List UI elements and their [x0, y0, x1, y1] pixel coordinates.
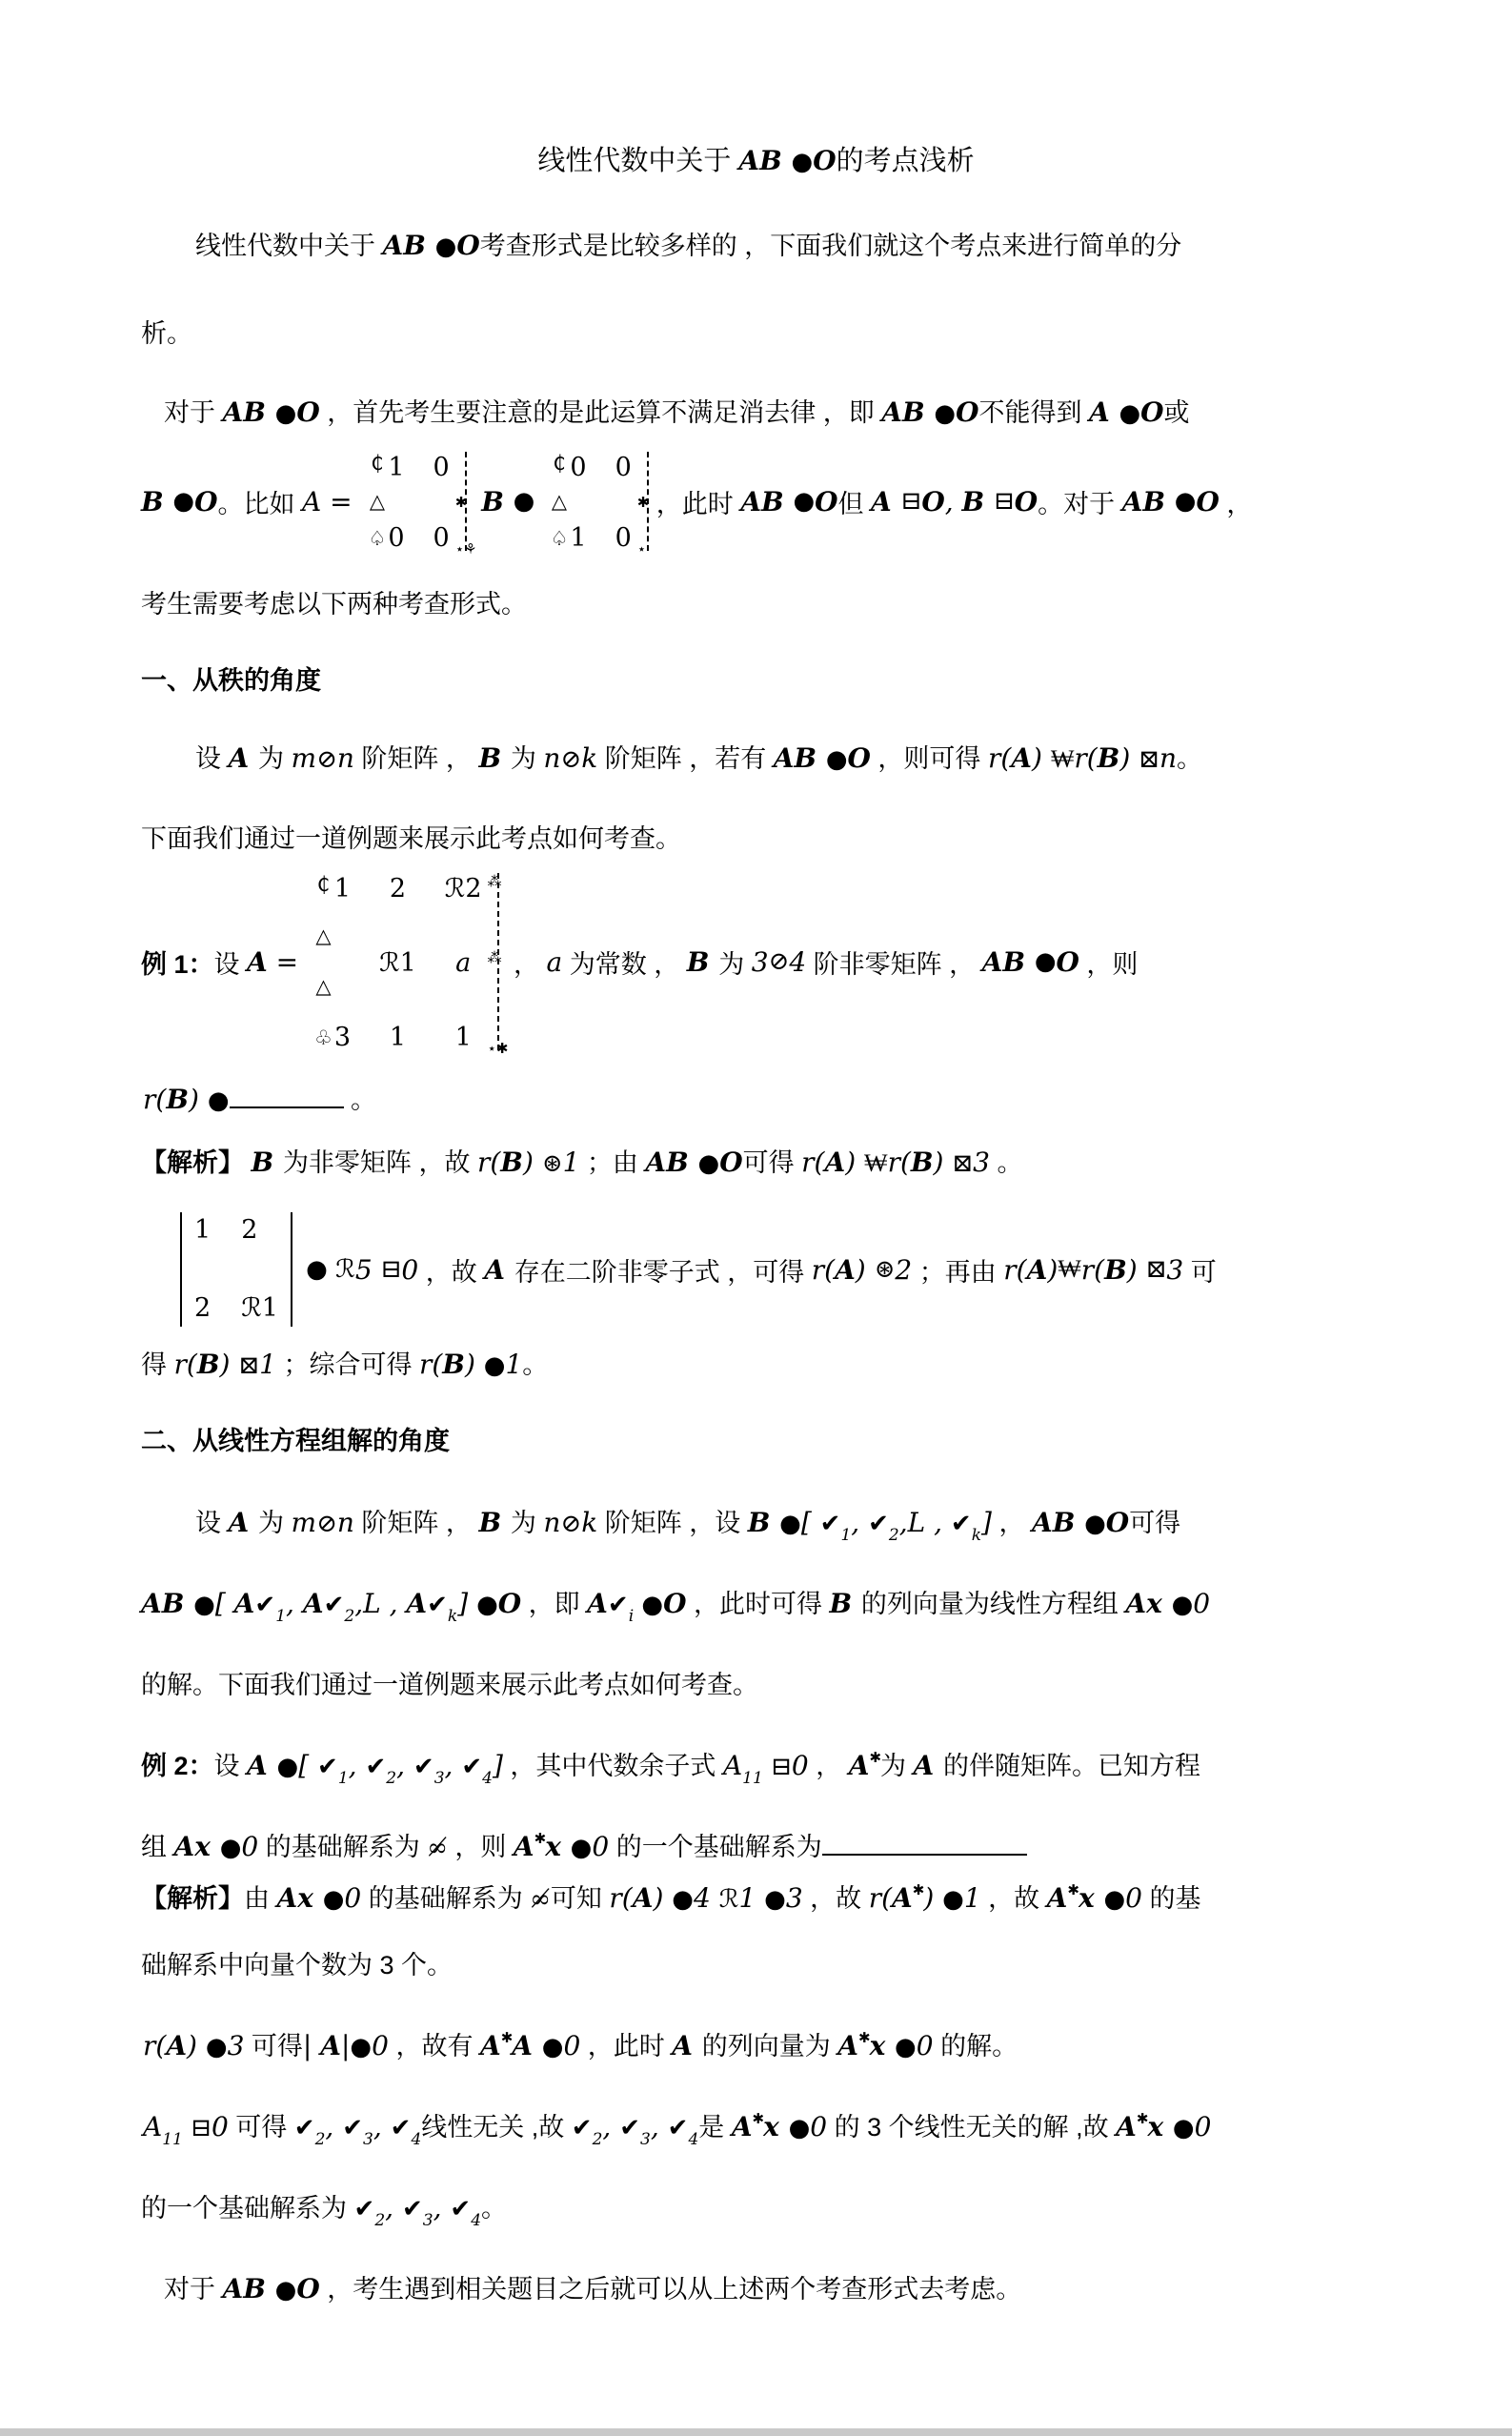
text-run: x [545, 1831, 570, 1862]
text-run: ℛ [335, 1255, 355, 1284]
text-run: O [296, 396, 319, 428]
text-run: ₩ [1051, 745, 1075, 774]
text-run: r( [143, 1084, 166, 1115]
text-run: ∞̸ [530, 1885, 551, 1914]
text-run: O [1140, 396, 1163, 428]
text-run: ✔ [461, 1753, 482, 1781]
text-run: 可得 [743, 1142, 802, 1179]
text-run: 为常数 ， [562, 944, 687, 981]
text-run: 二、从线性方程组解的角度 [141, 1420, 450, 1457]
text-run: Ax [174, 1831, 220, 1862]
text-run: ✔ [619, 2114, 640, 2142]
text-run: 为 [511, 1502, 544, 1539]
matrix-cell: 0 [570, 454, 586, 482]
text-run: ✱ [869, 1749, 880, 1766]
text-run: ✱ [1067, 1881, 1079, 1898]
text-run: A [1027, 1254, 1048, 1286]
example2-statement-1: 例 2：设 A ●[ ✔1, ✔2, ✔3, ✔4] ，其中代数余子式 A11 … [141, 1745, 1200, 1782]
text-run: A [234, 1588, 255, 1619]
bracket-junk-glyph: ⁂ [488, 951, 502, 965]
text-run: B [478, 742, 510, 774]
para-system-setup-1: 设 A 为 m⊘n 阶矩阵 ， B 为 n⊘k 阶矩阵 ，设 B ●[ ✔1, … [195, 1502, 1180, 1539]
text-run: O [1015, 486, 1038, 518]
para-intro-2: 析。 [141, 313, 192, 350]
text-run: B [1104, 1254, 1127, 1286]
text-run: 一、从秩的角度 [141, 660, 321, 697]
text-run: 0 [344, 1882, 361, 1914]
text-run: ) [856, 1254, 875, 1286]
text-run: ● [571, 1834, 593, 1862]
text-run: B [442, 1349, 465, 1380]
matrix-right-bracket-dashed: ✱⋆⚘ [454, 452, 467, 551]
text-run: A [303, 1588, 324, 1619]
text-run: , [851, 1507, 868, 1538]
text-run: 的 3 个线性无关的解 ,故 [827, 2106, 1116, 2143]
text-run: A [914, 1750, 943, 1781]
text-run: ，考生遇到相关题目之后就可以从上述两个考查形式去考虑。 [320, 2268, 1022, 2305]
text-run: r( [1074, 742, 1097, 774]
matrix-cell: 1 [194, 1216, 211, 1245]
text-run: i [629, 1607, 634, 1626]
bracket-fragment: △ [315, 926, 331, 946]
text-run: B [252, 1147, 283, 1178]
text-run: 0 [592, 1831, 609, 1862]
text-run: 的一个基础解系为 [609, 1826, 822, 1863]
text-run: ) [923, 1882, 942, 1914]
text-run: ] [457, 1588, 476, 1619]
text-run: AB [881, 396, 934, 428]
text-run: AB [738, 145, 791, 176]
text-run: 11 [162, 2130, 183, 2149]
text-run: 0 [917, 2030, 934, 2061]
text-run: ● [895, 2033, 917, 2061]
text-run: A [514, 1831, 534, 1862]
matrix-cell: 3 [334, 1024, 351, 1052]
text-run: | [303, 2030, 320, 2061]
matrix-cell: 2 [379, 875, 416, 903]
text-run: A [406, 1588, 427, 1619]
text-run: , [325, 2111, 342, 2142]
text-run: 4 [694, 1882, 719, 1914]
text-run: 考生需要考虑以下两种考查形式。 [141, 583, 527, 620]
text-run: , [433, 2192, 451, 2223]
bracket-fragment: △ [315, 977, 331, 997]
text-run: , [373, 2111, 391, 2142]
text-run: [ [801, 1507, 820, 1538]
text-run: A [247, 946, 268, 978]
text-run: 3 [434, 1769, 445, 1788]
text-run: 。比如 [218, 483, 303, 520]
matrix-left-bracket-fragments: ₵△△♧ [314, 873, 333, 1050]
matrix-cell: 1 [570, 524, 586, 553]
text-run: ，则 [448, 1826, 514, 1863]
text-run: 由 [244, 1878, 277, 1915]
text-run: O [194, 486, 217, 518]
matrix-cell: 0 [615, 524, 632, 553]
text-run: 1 [840, 1526, 851, 1545]
text-run: ] [493, 1750, 503, 1781]
text-run: 0 [810, 2111, 827, 2142]
text-run: 的列向量为线性方程组 [861, 1583, 1126, 1620]
text-run: 的基 [1142, 1878, 1201, 1915]
bracket-fragment: ₵ [317, 875, 330, 895]
text-run: ) [1127, 1254, 1146, 1286]
text-run: ● [779, 1510, 801, 1538]
text-run: ，故有 [389, 2025, 480, 2062]
text-run: A [1089, 396, 1119, 428]
bracket-junk-glyph: ⋆ [637, 542, 646, 557]
text-run: ● [298, 1255, 335, 1284]
para-conclusion: 对于 AB ●O ，考生遇到相关题目之后就可以从上述两个考查形式去考虑。 [164, 2268, 1021, 2305]
text-run: 例 2： [141, 1745, 214, 1782]
text-run: ● [220, 1834, 242, 1862]
matrix-cell: 1 [334, 875, 351, 903]
text-run: A [732, 2111, 753, 2142]
text-run: 4 [471, 2211, 481, 2230]
text-run: ● [698, 1149, 720, 1178]
text-run: ● [435, 233, 457, 261]
text-run: r( [812, 1254, 835, 1286]
text-run: ✱ [1137, 2110, 1148, 2127]
text-run: O [296, 2273, 319, 2304]
text-run: 例 1： [141, 944, 214, 981]
text-run: ✔ [668, 2114, 689, 2142]
text-run: 【解析】 [141, 1142, 252, 1179]
text-run: A [247, 1750, 276, 1781]
text-run: ● [193, 1591, 215, 1619]
text-run: AB [1032, 1507, 1084, 1538]
text-run: 的基础解系为 [361, 1878, 530, 1915]
text-run: ) [934, 1147, 953, 1178]
text-run: ⊘ [560, 745, 581, 774]
text-run: ● [208, 1086, 230, 1115]
garbled-matrix: ₵△△♧12ℛ2ℛ1a311⁂⁂⋆✱ [314, 873, 498, 1050]
heading-rank-angle: 一、从秩的角度 [141, 660, 321, 697]
text-run: ；综合可得 [276, 1344, 419, 1381]
text-run: O [848, 742, 871, 774]
matrix-cell: 1 [388, 454, 404, 482]
text-run: ⊟ [994, 487, 1015, 516]
text-run: ,L , [354, 1588, 406, 1619]
matrix-cells: 0010 [568, 452, 635, 555]
text-run: r( [477, 1147, 500, 1178]
text-run: 0 [401, 1254, 418, 1286]
text-run: ，故 [418, 1251, 484, 1289]
text-run: ✔ [951, 1510, 972, 1538]
text-run: ，此时 [580, 2025, 672, 2062]
text-run: A [320, 2030, 341, 2061]
text-run: ) [845, 1147, 864, 1178]
text-run: 设 [195, 738, 229, 775]
text-run: ● [1172, 1591, 1194, 1619]
garbled-matrix: ₵△♤0010✱⋆ [551, 452, 649, 551]
text-run: 的列向量为 [702, 2025, 838, 2062]
text-run: 阶矩阵 ，若有 [597, 738, 774, 775]
text-run: 1 [563, 1147, 580, 1178]
text-run: ，则可得 [871, 738, 988, 775]
text-run: ) [653, 1882, 672, 1914]
bracket-fragment: ₵ [371, 454, 383, 474]
matrix-cell: 1 [379, 1024, 416, 1052]
text-run: r( [888, 1147, 911, 1178]
text-run: ✔ [254, 1591, 275, 1619]
text-run: r( [869, 1882, 892, 1914]
title: 线性代数中关于 AB ●O的考点浅析 [0, 139, 1512, 178]
text-run: 为 [258, 738, 292, 775]
text-run: 的一个基础解系为 [141, 2187, 354, 2224]
text-run: O [498, 1588, 521, 1619]
text-run: O [815, 486, 837, 518]
bracket-fragment: ♤ [551, 529, 569, 549]
text-run: 2 [374, 2211, 385, 2230]
matrix-cell: ℛ1 [379, 949, 416, 978]
matrix-right-bracket-dashed: ✱⋆ [635, 452, 649, 551]
line-example-matrices: B ●O。比如 A = ₵△♤1000✱⋆⚘ B ● ₵△♤0010✱⋆，此时 … [141, 452, 1252, 551]
text-run: 3 [640, 2130, 651, 2149]
text-run: 2 [593, 2130, 603, 2149]
text-run: 础解系中向量个数为 3 个。 [141, 1944, 453, 1981]
text-run: ⊠ [238, 1351, 259, 1380]
text-run: n [543, 742, 560, 774]
text-run: ● [350, 2033, 372, 2061]
text-run: ₩ [1058, 1255, 1081, 1284]
text-run: ● [206, 2033, 228, 2061]
matrix-cell: ℛ1 [241, 1294, 278, 1323]
text-run: O [719, 1147, 742, 1178]
text-run: 阶非零矩阵 ， [806, 944, 982, 981]
text-run: ● [942, 1885, 964, 1914]
text-run: r( [419, 1349, 442, 1380]
text-run: ， [1220, 483, 1253, 520]
text-run: A [1116, 2111, 1137, 2142]
text-run: ) [523, 1147, 542, 1178]
text-run: 0 [212, 2111, 229, 2142]
text-run: 4 [482, 1769, 493, 1788]
text-run: x [870, 2030, 895, 2061]
text-run: k [448, 1607, 457, 1626]
text-run: O [456, 230, 479, 261]
text-run: , [445, 1750, 462, 1781]
text-run: 0 [1125, 1882, 1142, 1914]
text-run: ● [934, 399, 956, 428]
text-run: k [972, 1526, 981, 1545]
text-run: ⊠ [952, 1149, 973, 1178]
text-run: ，故 [981, 1878, 1047, 1915]
text-run: x [1079, 1882, 1103, 1914]
text-run: 3 [363, 2130, 373, 2149]
text-run: 1 [964, 1882, 981, 1914]
text-run: ● [514, 487, 543, 516]
text-run: , [651, 2111, 668, 2142]
text-run: ， [992, 1502, 1032, 1539]
text-run: 2 [386, 1769, 396, 1788]
text-run: x [763, 2111, 788, 2142]
text-run: ● [793, 487, 815, 516]
matrix-cell [334, 949, 351, 978]
text-run: 是 [698, 2106, 732, 2143]
text-run: AB [645, 1147, 697, 1178]
text-run: AB [141, 1588, 193, 1619]
text-run: ● [1173, 2114, 1195, 2142]
text-run: 为 [880, 1745, 914, 1782]
text-run: 1 [738, 1882, 764, 1914]
bracket-junk-glyph: ⋆✱ [488, 1042, 509, 1056]
text-run: ，即 [521, 1583, 587, 1620]
text-run: , [396, 1750, 413, 1781]
example2-analysis-3: r(A) ●3 可得| A|●0 ，故有 A✱A ●0 ，此时 A 的列向量为 … [143, 2025, 1018, 2062]
text-run: ✱ [858, 2029, 870, 2046]
text-run: 。 [481, 2187, 507, 2224]
text-run: ✔ [391, 2114, 412, 2142]
matrix-cell: 1 [445, 1024, 482, 1052]
text-run: A [229, 742, 258, 774]
example2-analysis-1: 【解析】由 Ax ●0 的基础解系为 ∞̸可知 r(A) ●4 ℛ1 ●3 ，故… [141, 1878, 1200, 1915]
text-run: B [829, 1588, 860, 1619]
text-run: ✔ [868, 1510, 889, 1538]
bracket-fragment: △ [552, 492, 567, 512]
text-run: 为 [718, 944, 752, 981]
example2-analysis-2: 础解系中向量个数为 3 个。 [141, 1944, 453, 1981]
text-run: 2 [889, 1526, 899, 1545]
matrix-cell: 0 [388, 524, 404, 553]
text-run: 的解。下面我们通过一道例题来展示此考点如何考查。 [141, 1664, 758, 1701]
text-run: 可得 [244, 2025, 303, 2062]
text-run: 11 [742, 1769, 763, 1788]
text-run: ✔ [820, 1510, 841, 1538]
document-page: 线性代数中关于 AB ●O的考点浅析线性代数中关于 AB ●O考查形式是比较多样… [0, 0, 1512, 2436]
text-run: 考查形式是比较多样的 ，下面我们就这个考点来进行简单的分 [480, 225, 1182, 262]
text-run: A [587, 1588, 608, 1619]
text-run: AB [383, 230, 435, 261]
text-run: 3 [973, 1147, 990, 1178]
text-run: A [484, 1254, 514, 1286]
text-run: 0 [372, 2030, 389, 2061]
garbled-determinant: 122ℛ1 [180, 1212, 292, 1327]
text-run: n [337, 742, 354, 774]
text-run: ✔ [317, 1753, 338, 1781]
text-run: ● [277, 1753, 299, 1781]
text-run: 的伴随矩阵。已知方程 [943, 1745, 1200, 1782]
matrix-cell: 0 [615, 454, 632, 482]
text-run: 存在二阶非零子式 ，可得 [514, 1251, 812, 1289]
text-run: AB [1122, 486, 1175, 518]
text-run: ✔ [608, 1591, 629, 1619]
text-run: ) [1032, 742, 1051, 774]
text-run: 3 [228, 2030, 245, 2061]
para-rank-setup: 设 A 为 m⊘n 阶矩阵 ， B 为 n⊘k 阶矩阵 ，若有 AB ●O ，则… [195, 738, 1202, 775]
text-run: ✱ [913, 1881, 924, 1898]
para-example-intro-2: 的解。下面我们通过一道例题来展示此考点如何考查。 [141, 1664, 758, 1701]
text-run: 1 [338, 1769, 349, 1788]
text-run: B [1098, 742, 1120, 774]
matrix-cell: 2 [194, 1294, 211, 1323]
para-cancellation: 对于 AB ●O ，首先考生要注意的是此运算不满足消去律 ，即 AB ●O不能得… [164, 392, 1190, 429]
text-run: ✔ [294, 2114, 315, 2142]
example1-analysis-2: 得 r(B) ⊠1 ；综合可得 r(B) ●1。 [141, 1344, 548, 1381]
text-run: AB [774, 742, 826, 774]
text-run: ，其中代数余子式 [503, 1745, 723, 1782]
text-run: ⊟ [183, 2114, 212, 2142]
text-run: ● [476, 1591, 498, 1619]
text-run: B [962, 486, 994, 518]
text-run: ；再由 [912, 1251, 1003, 1289]
text-run: 阶矩阵 ，设 [597, 1502, 748, 1539]
text-run: B [500, 1147, 523, 1178]
text-run: 设 [214, 1745, 248, 1782]
text-run: ℛ [719, 1885, 739, 1914]
text-run: ⊛ [875, 1255, 896, 1284]
text-run: ● [323, 1885, 345, 1914]
text-run: 析。 [141, 313, 192, 350]
text-run: ] [981, 1507, 992, 1538]
para-system-setup-2: AB ●[ A✔1, A✔2,L , A✔k] ●O ，即 A✔i ●O ，此时… [141, 1583, 1210, 1620]
blank-underline [822, 1854, 1027, 1856]
text-run: ● [172, 487, 194, 516]
text-run: ✱ [501, 2029, 513, 2046]
example1-blank-line: r(B) ● 。 [143, 1079, 376, 1116]
text-run: ⊘ [316, 745, 337, 774]
text-run: ， [809, 1745, 849, 1782]
text-run: a [547, 946, 563, 978]
para-example-intro-1: 下面我们通过一道例题来展示此考点如何考查。 [141, 818, 681, 855]
text-run: = [268, 946, 307, 978]
text-run: A [1011, 742, 1032, 774]
text-run: 为 [511, 738, 544, 775]
text-run: ， [507, 944, 547, 981]
text-run: [ [215, 1588, 234, 1619]
text-run: A [835, 1254, 856, 1286]
text-run: r( [609, 1882, 632, 1914]
text-run: ● [1103, 1885, 1125, 1914]
text-run: O [956, 396, 978, 428]
text-run: 2 [315, 2130, 326, 2149]
text-run: ● [792, 148, 814, 176]
text-run: 为非零矩阵 ，故 [283, 1142, 477, 1179]
text-run: , [945, 486, 962, 518]
text-run: ● [672, 1885, 694, 1914]
text-run: 可 [1183, 1251, 1217, 1289]
bracket-fragment: ₵ [553, 454, 565, 474]
text-run: ● [634, 1591, 663, 1619]
text-run: ₩ [864, 1149, 888, 1178]
text-run: 0 [241, 1831, 258, 1862]
text-run: 组 [141, 1826, 174, 1863]
text-run: m [292, 742, 317, 774]
text-run: 设 [214, 944, 248, 981]
text-run: , [602, 2111, 619, 2142]
text-run: ✱ [753, 2110, 764, 2127]
bracket-fragment: ♤ [369, 529, 387, 549]
text-run: A [229, 1507, 258, 1538]
text-run: r( [143, 2030, 166, 2061]
text-run: 4 [789, 946, 806, 978]
text-run: 阶矩阵 ， [354, 738, 479, 775]
text-run: ✔ [365, 1753, 386, 1781]
text-run: O [921, 486, 944, 518]
text-run: 对于 [164, 392, 223, 429]
text-run: 对于 [164, 2268, 223, 2305]
bracket-junk-glyph: ✱ [455, 496, 468, 510]
matrix-left-bracket-fragments: ₵△♤ [551, 452, 569, 551]
text-run: ✔ [354, 2195, 375, 2223]
text-run: ● [275, 399, 297, 428]
text-run: 的考点浅析 [837, 139, 975, 178]
garbled-matrix: ₵△♤1000✱⋆⚘ [369, 452, 467, 551]
heading-linear-system-angle: 二、从线性方程组解的角度 [141, 1420, 450, 1457]
text-run: ) [465, 1349, 484, 1380]
text-run: ,L , [899, 1507, 951, 1538]
text-run: 。 [344, 1079, 377, 1116]
